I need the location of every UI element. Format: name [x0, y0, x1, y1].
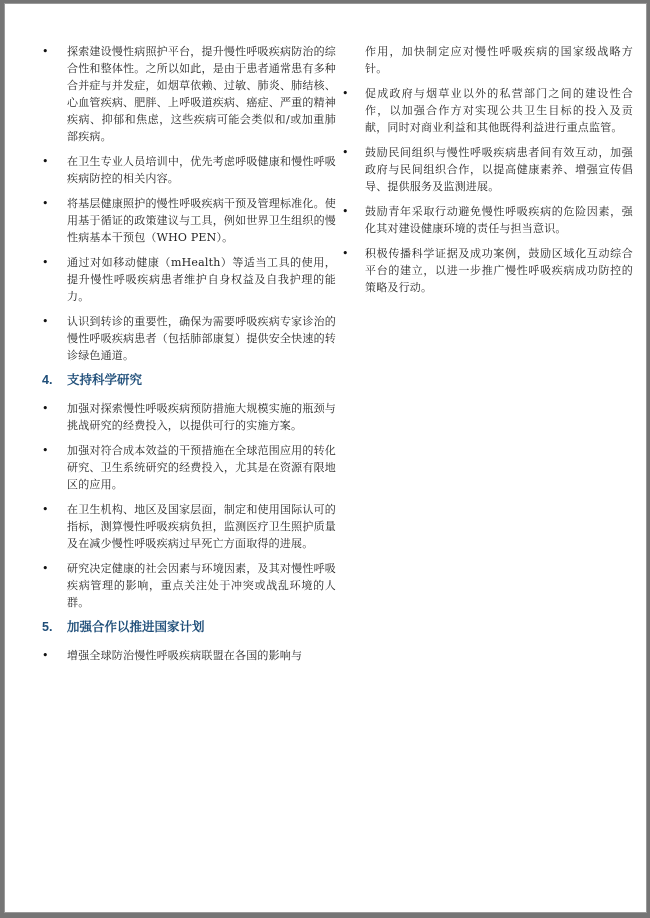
bullet-text: 加强对探索慢性呼吸疾病预防措施大规模实施的瓶颈与挑战研究的经费投入，以提供可行的… — [67, 400, 336, 434]
bullet-item: 加强对符合成本效益的干预措施在全球范围应用的转化研究、卫生系统研究的经费投入，尤… — [42, 442, 336, 493]
bullet-item: 增强全球防治慢性呼吸疾病联盟在各国的影响与 — [42, 647, 336, 664]
bullet-item: 探索建设慢性病照护平台，提升慢性呼吸疾病防治的综合性和整体性。之所以如此，是由于… — [42, 43, 336, 145]
section-number: 4. — [42, 372, 67, 388]
bullet-text: 在卫生机构、地区及国家层面，制定和使用国际认可的指标，测算慢性呼吸疾病负担，监测… — [67, 501, 336, 552]
bullet-text: 将基层健康照护的慢性呼吸疾病干预及管理标准化。使用基于循证的政策建议与工具，例如… — [67, 195, 336, 246]
page-content: 探索建设慢性病照护平台，提升慢性呼吸疾病防治的综合性和整体性。之所以如此，是由于… — [4, 3, 647, 672]
section-heading-5: 5. 加强合作以推进国家计划 — [42, 619, 336, 635]
section-title: 支持科学研究 — [67, 372, 336, 388]
bullet-marker-icon — [342, 245, 365, 296]
bullet-text: 促成政府与烟草业以外的私营部门之间的建设性合作，以加强合作方对实现公共卫生目标的… — [365, 85, 633, 136]
bullet-marker-icon — [42, 313, 67, 364]
bullet-text: 研究决定健康的社会因素与环境因素，及其对慢性呼吸疾病管理的影响，重点关注处于冲突… — [67, 560, 336, 611]
bullet-text: 鼓励青年采取行动避免慢性呼吸疾病的危险因素，强化其对建设健康环境的责任与担当意识… — [365, 203, 633, 237]
section-title: 加强合作以推进国家计划 — [67, 619, 336, 635]
bullet-item: 积极传播科学证据及成功案例，鼓励区域化互动综合平台的建立，以进一步推广慢性呼吸疾… — [342, 245, 633, 296]
bullet-item: 研究决定健康的社会因素与环境因素，及其对慢性呼吸疾病管理的影响，重点关注处于冲突… — [42, 560, 336, 611]
bullet-item: 在卫生专业人员培训中，优先考虑呼吸健康和慢性呼吸疾病防控的相关内容。 — [42, 153, 336, 187]
bullet-marker-icon — [342, 203, 365, 237]
bullet-text: 探索建设慢性病照护平台，提升慢性呼吸疾病防治的综合性和整体性。之所以如此，是由于… — [67, 43, 336, 145]
bullet-text: 认识到转诊的重要性，确保为需要呼吸疾病专家诊治的慢性呼吸疾病患者（包括肺部康复）… — [67, 313, 336, 364]
bullet-marker-icon — [42, 560, 67, 611]
column-left: 探索建设慢性病照护平台，提升慢性呼吸疾病防治的综合性和整体性。之所以如此，是由于… — [42, 43, 336, 672]
bullet-item: 在卫生机构、地区及国家层面，制定和使用国际认可的指标，测算慢性呼吸疾病负担，监测… — [42, 501, 336, 552]
section-heading-4: 4. 支持科学研究 — [42, 372, 336, 388]
bullet-marker-icon — [42, 254, 67, 305]
bullet-text: 鼓励民间组织与慢性呼吸疾病患者间有效互动，加强政府与民间组织合作，以提高健康素养… — [365, 144, 633, 195]
bullet-item: 将基层健康照护的慢性呼吸疾病干预及管理标准化。使用基于循证的政策建议与工具，例如… — [42, 195, 336, 246]
bullet-marker-icon — [42, 442, 67, 493]
bullet-text: 积极传播科学证据及成功案例，鼓励区域化互动综合平台的建立，以进一步推广慢性呼吸疾… — [365, 245, 633, 296]
continuation-paragraph: 作用，加快制定应对慢性呼吸疾病的国家级战略方针。 — [365, 43, 633, 77]
bullet-marker-icon — [42, 400, 67, 434]
bullet-item: 促成政府与烟草业以外的私营部门之间的建设性合作，以加强合作方对实现公共卫生目标的… — [342, 85, 633, 136]
bullet-item: 加强对探索慢性呼吸疾病预防措施大规模实施的瓶颈与挑战研究的经费投入，以提供可行的… — [42, 400, 336, 434]
column-right: 作用，加快制定应对慢性呼吸疾病的国家级战略方针。 促成政府与烟草业以外的私营部门… — [342, 43, 633, 672]
bullet-text: 在卫生专业人员培训中，优先考虑呼吸健康和慢性呼吸疾病防控的相关内容。 — [67, 153, 336, 187]
bullet-marker-icon — [342, 85, 365, 136]
bullet-marker-icon — [42, 43, 67, 145]
bullet-text: 增强全球防治慢性呼吸疾病联盟在各国的影响与 — [67, 647, 336, 664]
bullet-text: 加强对符合成本效益的干预措施在全球范围应用的转化研究、卫生系统研究的经费投入，尤… — [67, 442, 336, 493]
bullet-item: 通过对如移动健康（mHealth）等适当工具的使用，提升慢性呼吸疾病患者维护自身… — [42, 254, 336, 305]
bullet-marker-icon — [342, 144, 365, 195]
bullet-marker-icon — [42, 195, 67, 246]
document-page: 探索建设慢性病照护平台，提升慢性呼吸疾病防治的综合性和整体性。之所以如此，是由于… — [4, 3, 647, 913]
bullet-text: 通过对如移动健康（mHealth）等适当工具的使用，提升慢性呼吸疾病患者维护自身… — [67, 254, 336, 305]
bullet-marker-icon — [42, 647, 67, 664]
section-number: 5. — [42, 619, 67, 635]
bullet-marker-icon — [42, 153, 67, 187]
bullet-item: 鼓励民间组织与慢性呼吸疾病患者间有效互动，加强政府与民间组织合作，以提高健康素养… — [342, 144, 633, 195]
bullet-item: 鼓励青年采取行动避免慢性呼吸疾病的危险因素，强化其对建设健康环境的责任与担当意识… — [342, 203, 633, 237]
bullet-marker-icon — [42, 501, 67, 552]
bullet-item: 认识到转诊的重要性，确保为需要呼吸疾病专家诊治的慢性呼吸疾病患者（包括肺部康复）… — [42, 313, 336, 364]
